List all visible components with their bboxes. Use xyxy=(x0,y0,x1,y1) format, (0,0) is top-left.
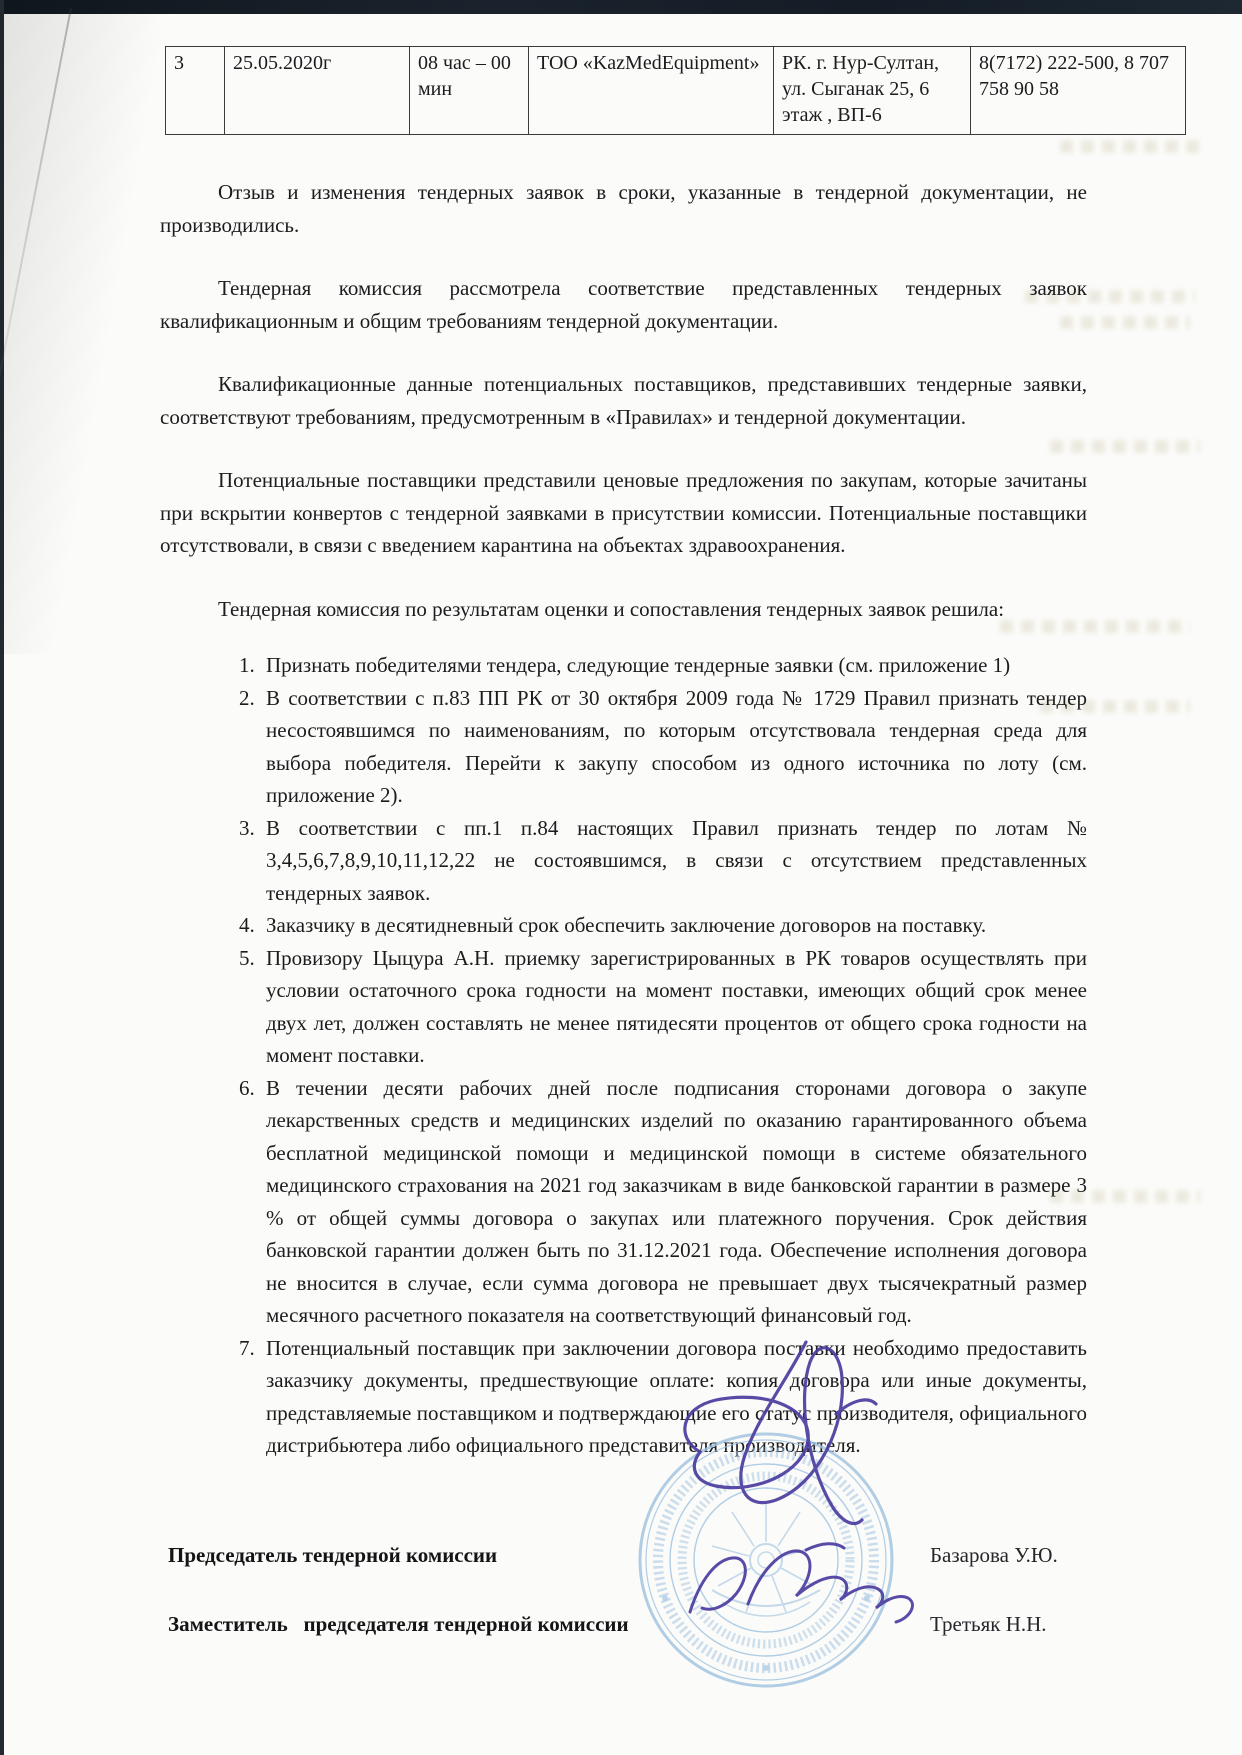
decision-item: В соответствии с п.83 ПП РК от 30 октябр… xyxy=(260,682,1087,812)
signature-name: Третьяк Н.Н. xyxy=(930,1612,1047,1637)
cell-supplier: ТОО «KazMedEquipment» xyxy=(529,47,774,135)
paragraph: Квалификационные данные потенциальных по… xyxy=(160,368,1087,433)
document-body: Отзыв и изменения тендерных заявок в сро… xyxy=(160,176,1087,1462)
cell-date: 25.05.2020г xyxy=(225,47,410,135)
decision-item: В течении десяти рабочих дней после подп… xyxy=(260,1072,1087,1332)
paragraph: Отзыв и изменения тендерных заявок в сро… xyxy=(160,176,1087,241)
decision-item: Провизору Цыцура А.Н. приемку зарегистри… xyxy=(260,942,1087,1072)
decision-item: В соответствии с пп.1 п.84 настоящих Пра… xyxy=(260,812,1087,910)
decision-item: Признать победителями тендера, следующие… xyxy=(260,649,1087,682)
signature-row-chairman: Председатель тендерной комиссии Базарова… xyxy=(168,1543,1073,1573)
paragraph: Потенциальные поставщики представили цен… xyxy=(160,464,1087,562)
paragraph: Тендерная комиссия рассмотрела соответст… xyxy=(160,272,1087,337)
bleed-through-artifact xyxy=(1060,140,1200,153)
suppliers-table: 3 25.05.2020г 08 час – 00 мин ТОО «KazMe… xyxy=(165,46,1186,135)
cell-phone: 8(7172) 222-500, 8 707 758 90 58 xyxy=(971,47,1186,135)
cell-address: РК. г. Нур-Султан, ул. Сыганак 25, 6 эта… xyxy=(774,47,971,135)
cell-row-number: 3 xyxy=(166,47,225,135)
signature-title: Заместитель председателя тендерной комис… xyxy=(168,1612,629,1637)
decisions-list: Признать победителями тендера, следующие… xyxy=(160,649,1087,1462)
scanner-edge-band xyxy=(0,0,1242,14)
decision-item: Заказчику в десятидневный срок обеспечит… xyxy=(260,909,1087,942)
decision-item: Потенциальный поставщик при заключении д… xyxy=(260,1332,1087,1462)
signature-title: Председатель тендерной комиссии xyxy=(168,1543,497,1568)
scanned-tender-protocol-page: { "document": { "table_row": { "num": "3… xyxy=(0,0,1242,1755)
resolution-lead: Тендерная комиссия по результатам оценки… xyxy=(160,593,1087,626)
signature-row-deputy: Заместитель председателя тендерной комис… xyxy=(168,1612,1073,1642)
cell-time: 08 час – 00 мин xyxy=(410,47,529,135)
signature-name: Базарова У.Ю. xyxy=(930,1543,1058,1568)
table-row: 3 25.05.2020г 08 час – 00 мин ТОО «KazMe… xyxy=(166,47,1186,135)
